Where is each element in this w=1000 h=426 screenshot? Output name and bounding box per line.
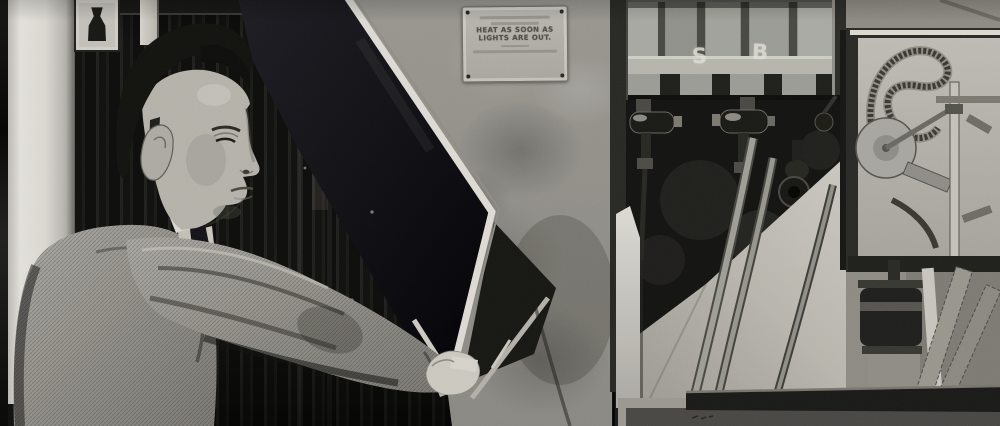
film-grain-overlay — [0, 0, 1000, 426]
photo-canvas: HEAT AS SOON AS LIGHTS ARE OUT. S B — [0, 0, 1000, 426]
